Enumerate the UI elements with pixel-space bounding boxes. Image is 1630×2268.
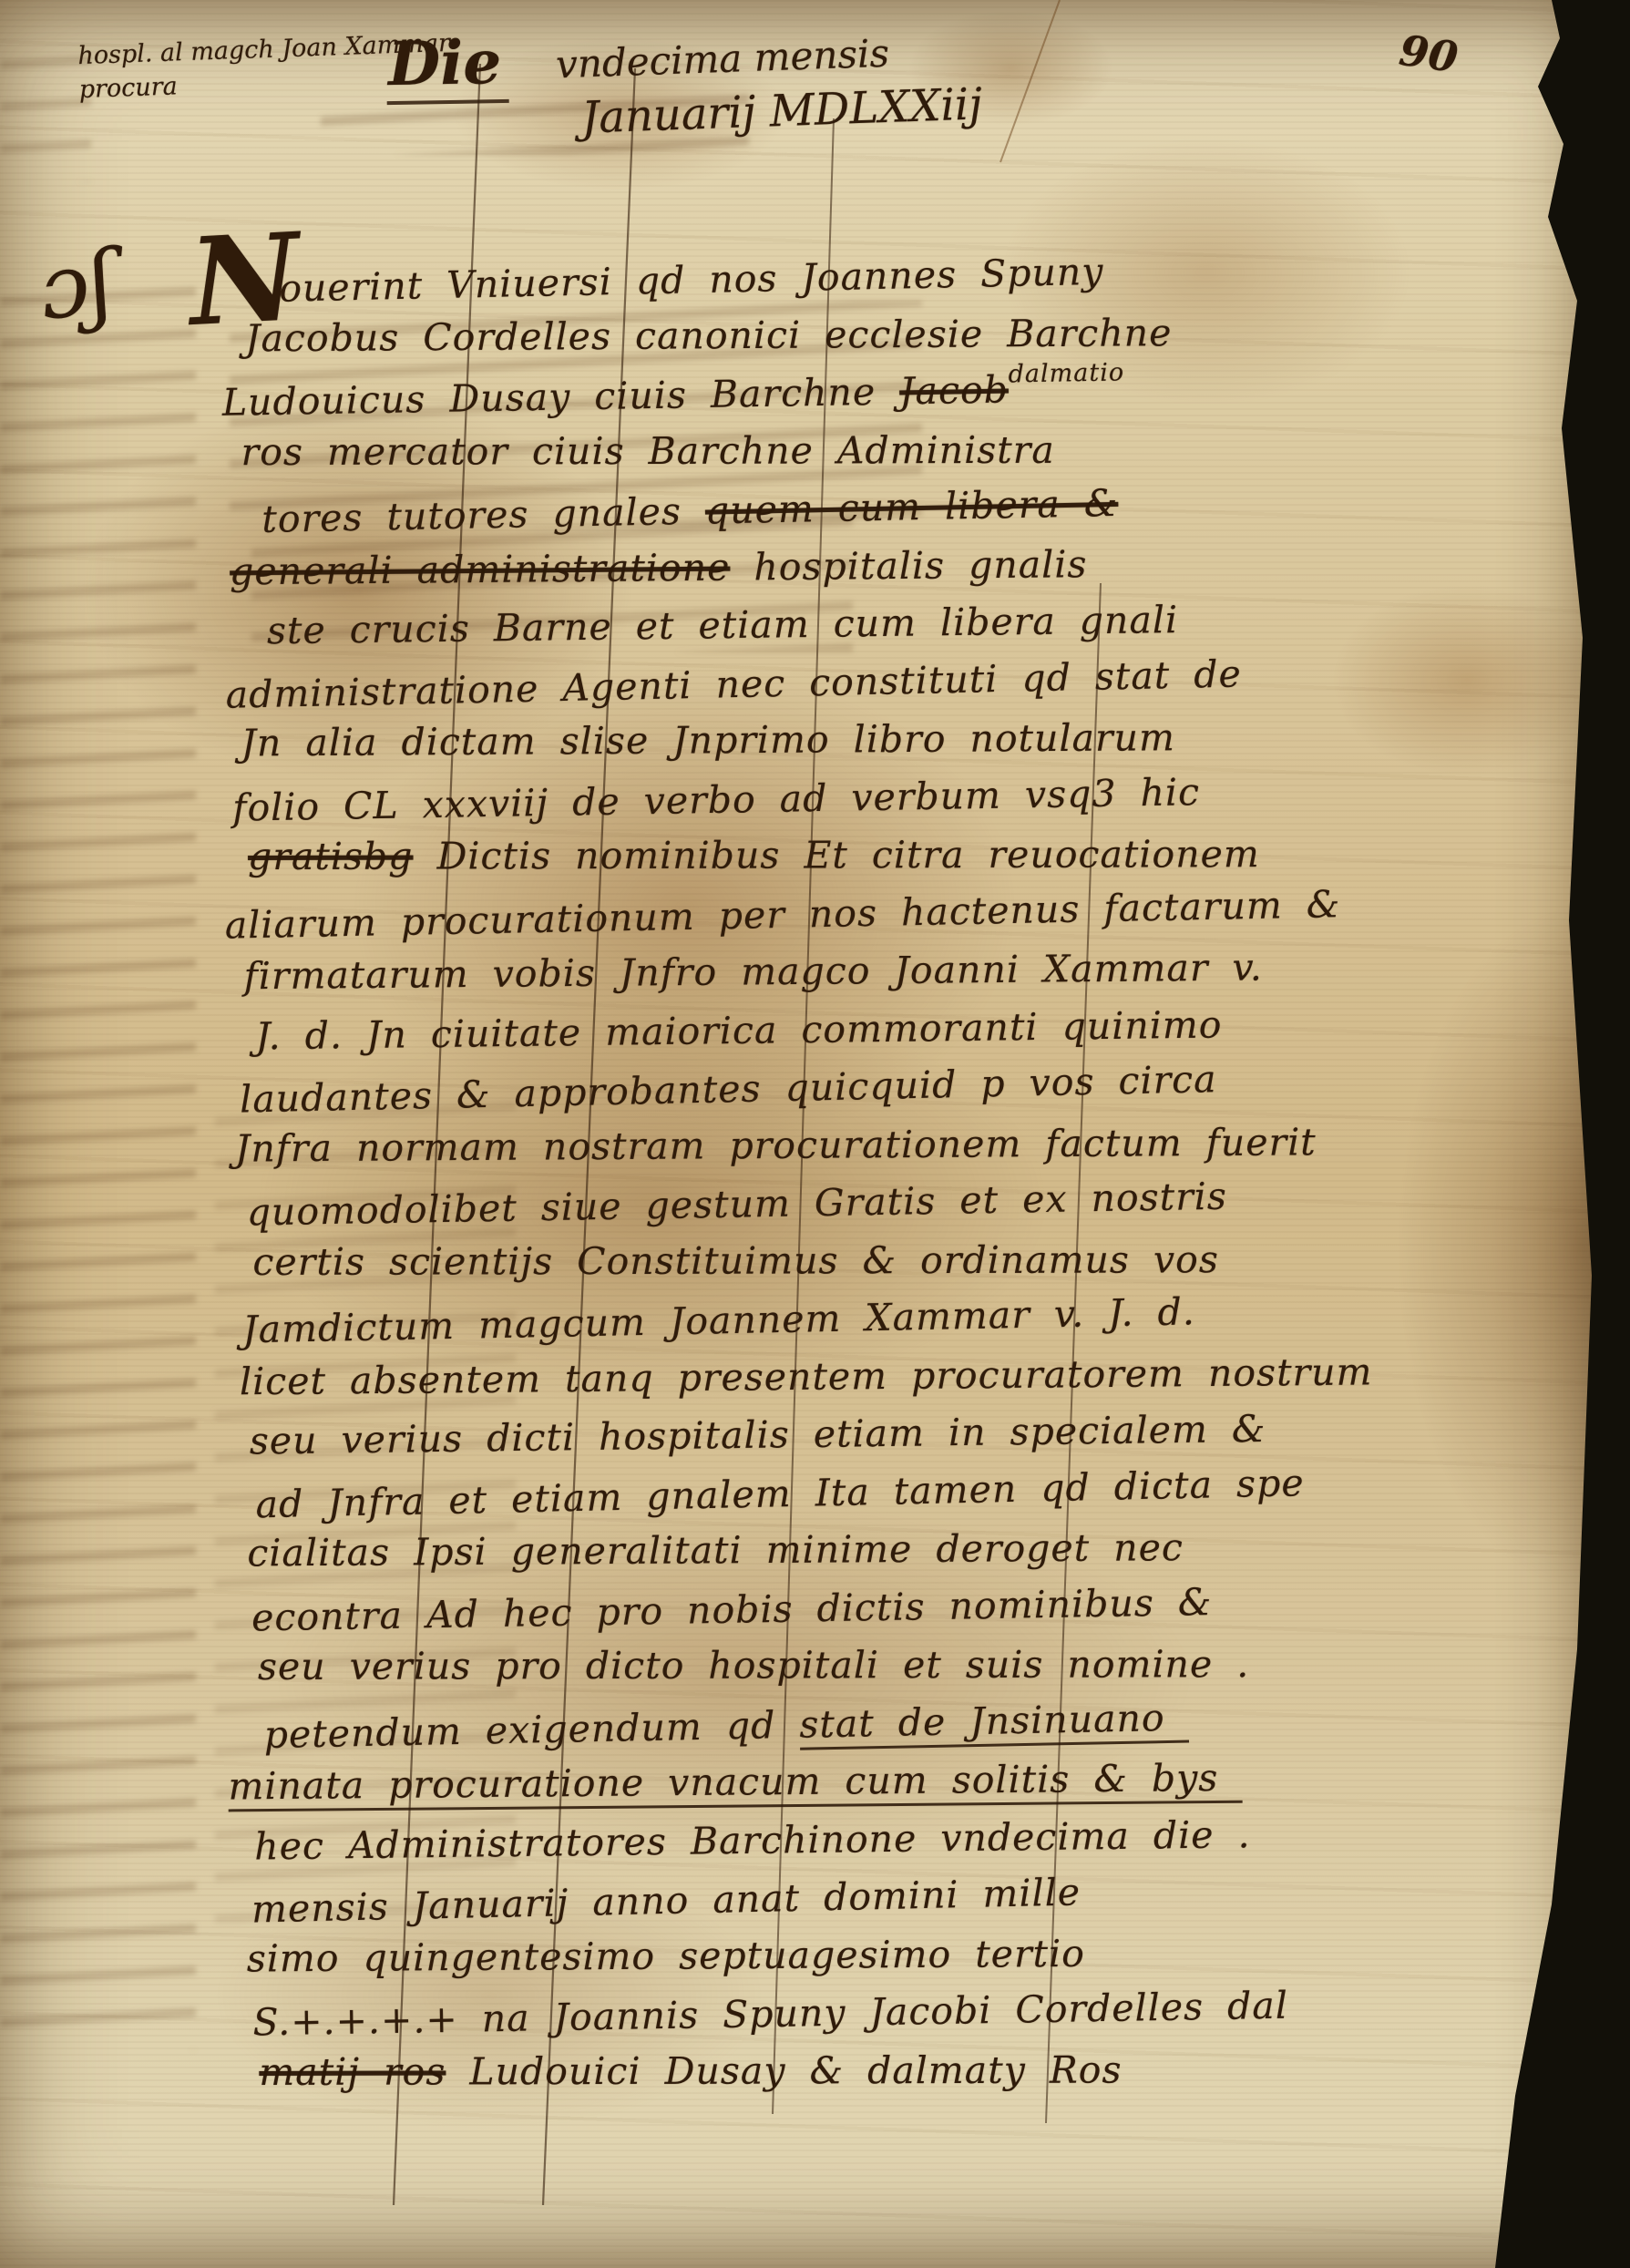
text-strike: quem cum libera & <box>704 481 1118 533</box>
bleedthrough-left-margin <box>0 264 196 2050</box>
text-run: certis scientijs Constituimus & ordinamu… <box>252 1237 1218 1284</box>
text-run: Jnfra normam nostram procurationem factu… <box>235 1120 1317 1170</box>
notarial-flourish-mark: ɔʃ <box>36 241 118 330</box>
text-run: cialitas Ipsi generalitati minime deroge… <box>247 1525 1184 1575</box>
text-run: Dictis nominibus Et citra reuocationem <box>413 832 1259 877</box>
text-run: econtra Ad hec pro nobis dictis nominibu… <box>251 1579 1213 1638</box>
text-strike: Jacob <box>899 367 1010 413</box>
text-u: stat de Jnsinuano <box>799 1695 1189 1750</box>
scanned-manuscript: hospl. al magch Joan Xammar procura Die … <box>0 0 1630 2268</box>
text-run: seu verius pro dicto hospitali et suis n… <box>258 1642 1249 1688</box>
text-run: licet absentem tanq presentem procurator… <box>240 1350 1373 1403</box>
text-run: Jamdictum magcum Joannem Xammar v. J. d. <box>242 1289 1195 1351</box>
text-run: Ludouicus Dusay ciuis Barchne <box>221 369 899 424</box>
text-run: tores tutores gnales <box>261 489 705 541</box>
text-run: hospitalis gnalis <box>730 542 1088 589</box>
text-run: Ludouici Dusay & dalmaty Ros <box>446 2047 1122 2093</box>
text-strike: gratisbg <box>248 835 414 878</box>
text-sup: dalmatio <box>1008 358 1124 388</box>
heading-die: Die <box>385 26 509 105</box>
text-run: ros mercator ciuis Barchne Administra <box>241 427 1055 473</box>
text-run: simo quingentesimo septuagesimo tertio <box>247 1931 1085 1980</box>
folio-number: 90 <box>1397 26 1461 82</box>
text-run: folio CL xxxviij de verbo ad verbum vsq3… <box>232 770 1200 830</box>
text-run: Jn alia dictam slise Jnprimo libro notul… <box>241 715 1175 765</box>
text-strike: generali administratione <box>230 545 731 593</box>
manuscript-page: hospl. al magch Joan Xammar procura Die … <box>0 0 1630 2268</box>
manuscript-line: matij ros Ludouici Dusay & dalmaty Ros <box>259 2047 1487 2108</box>
text-run: petendum exigendum qd <box>263 1702 800 1756</box>
text-run: firmatarum vobis Jnfro magco Joanni Xamm… <box>243 945 1263 998</box>
text-run: Jacobus Cordelles canonici ecclesie Barc… <box>245 311 1173 360</box>
body-text: ouerint Vniuersi qd nos Joannes SpunyJac… <box>208 247 1488 2114</box>
text-u: minata procuratione vnacum cum solitis &… <box>228 1756 1242 1812</box>
text-strike: matij ros <box>259 2049 446 2094</box>
